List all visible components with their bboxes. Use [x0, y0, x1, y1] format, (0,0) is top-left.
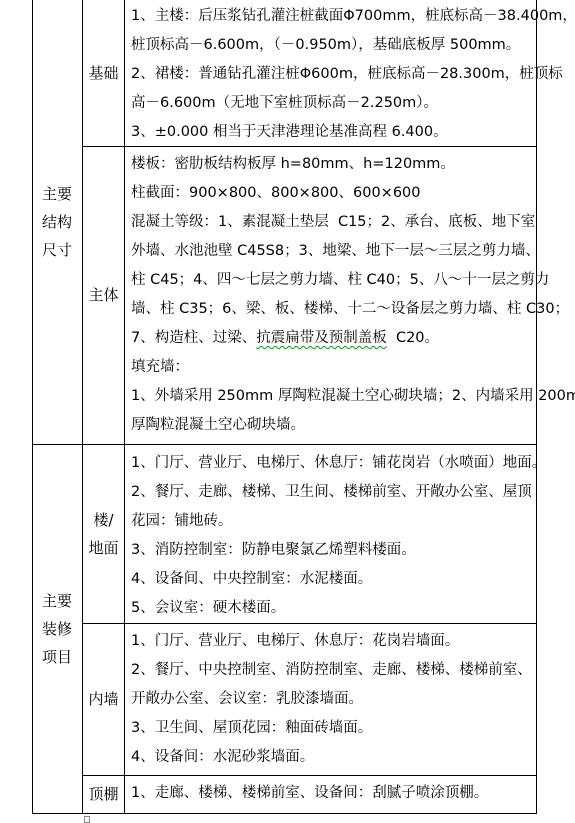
row-label-text: 主体 — [88, 281, 118, 309]
content-line: 外墙、水池池壁 C45S8；3、地梁、地下一层～三层之剪力墙、 — [131, 237, 535, 266]
cell-ceiling-content[interactable]: 1、走廊、楼梯、楼梯前室、设备间：刮腻子喷涂顶棚。 — [131, 779, 535, 808]
content-line: 柱 C45；4、四～七层之剪力墙、柱 C40；5、八～十一层之剪力 — [131, 266, 535, 295]
grammar-underlined-text: 抗震扁带及预制盖板 — [256, 330, 387, 346]
content-line: 5、会议室：硬木楼面。 — [131, 594, 535, 623]
content-line: 1、门厅、营业厅、电梯厅、休息厅：铺花岗岩（水喷面）地面。 — [131, 449, 535, 478]
group-label-line: 主要 — [42, 180, 72, 208]
group-label-main-structure-dimensions[interactable]: 主要 结构 尺寸 — [33, 0, 81, 444]
group-label-line: 项目 — [42, 643, 72, 671]
content-line: 墙、柱 C35；6、梁、板、楼梯、十二～设备层之剪力墙、柱 C30； — [131, 295, 535, 324]
row-label-ceiling[interactable]: 顶棚 — [83, 775, 124, 813]
table-divider-col2-col3 — [124, 0, 125, 814]
group-label-main-decoration-items[interactable]: 主要 装修 项目 — [33, 444, 81, 813]
content-line: 厚陶粒混凝土空心砌块墙。 — [131, 411, 535, 440]
row-label-text: 内墙 — [88, 685, 118, 713]
content-line: 高－6.600m（无地下室桩顶标高－2.250m）。 — [131, 89, 535, 118]
document-page: 主要 结构 尺寸 主要 装修 项目 基础 主体 楼/ 地面 内墙 顶棚 1、主楼… — [0, 0, 575, 823]
cell-foundation-content[interactable]: 1、主楼：后压浆钻孔灌注桩截面Φ700mm，桩底标高－38.400m， 桩顶标高… — [131, 2, 535, 147]
cell-floor-ground-content[interactable]: 1、门厅、营业厅、电梯厅、休息厅：铺花岗岩（水喷面）地面。 2、餐厅、走廊、楼梯… — [131, 449, 535, 623]
group-label-line: 主要 — [42, 587, 72, 615]
content-line: 2、餐厅、中央控制室、消防控制室、走廊、楼梯、楼梯前室、 — [131, 656, 535, 685]
content-line: 3、±0.000 相当于天津港理论基准高程 6.400。 — [131, 118, 535, 147]
content-line-suffix: C20。 — [387, 330, 439, 346]
content-line: 3、卫生间、屋顶花园：釉面砖墙面。 — [131, 714, 535, 743]
content-line-prefix: 7、构造柱、过梁、 — [131, 330, 256, 346]
content-line: 楼板：密肋板结构板厚 h=80mm、h=120mm。 — [131, 150, 535, 179]
content-line: 1、主楼：后压浆钻孔灌注桩截面Φ700mm，桩底标高－38.400m， — [131, 2, 535, 31]
content-line-with-grammar-mark: 7、构造柱、过梁、抗震扁带及预制盖板 C20。 — [131, 324, 535, 353]
content-line: 桩顶标高－6.600m，（－0.950m），基础底板厚 500mm。 — [131, 31, 535, 60]
content-line: 填充墙： — [131, 353, 535, 382]
row-divider-innerwall-ceiling — [82, 775, 537, 776]
content-line: 1、外墙采用 250mm 厚陶粒混凝土空心砌块墙；2、内墙采用 200mm — [131, 382, 535, 411]
group-label-line: 装修 — [42, 615, 72, 643]
row-label-text: 基础 — [88, 59, 118, 87]
row-label-floor-ground[interactable]: 楼/ 地面 — [83, 444, 124, 623]
content-line: 柱截面：900×800、800×800、600×600 — [131, 179, 535, 208]
row-divider-floor-innerwall — [82, 623, 537, 624]
content-line: 4、设备间：水泥砂浆墙面。 — [131, 743, 535, 772]
group-label-line: 结构 — [42, 208, 72, 236]
content-line: 4、设备间、中央控制室：水泥楼面。 — [131, 565, 535, 594]
content-line: 3、消防控制室：防静电聚氯乙烯塑料楼面。 — [131, 536, 535, 565]
content-line: 花园：铺地砖。 — [131, 507, 535, 536]
cell-inner-wall-content[interactable]: 1、门厅、营业厅、电梯厅、休息厅：花岗岩墙面。 2、餐厅、中央控制室、消防控制室… — [131, 627, 535, 772]
row-label-inner-wall[interactable]: 内墙 — [83, 623, 124, 775]
content-line: 2、裙楼：普通钻孔灌注桩Φ600m，桩底标高－28.300m，桩顶标 — [131, 60, 535, 89]
content-line: 混凝土等级：1、素混凝土垫层 C15；2、承台、底板、地下室 — [131, 208, 535, 237]
group-label-line: 尺寸 — [42, 236, 72, 264]
table-border-right — [536, 0, 537, 814]
content-line: 2、餐厅、走廊、楼梯、卫生间、楼梯前室、开敞办公室、屋顶 — [131, 478, 535, 507]
content-line: 开敞办公室、会议室：乳胶漆墙面。 — [131, 685, 535, 714]
cell-main-body-content[interactable]: 楼板：密肋板结构板厚 h=80mm、h=120mm。 柱截面：900×800、8… — [131, 150, 535, 440]
paragraph-mark-icon — [84, 816, 90, 823]
content-line: 1、走廊、楼梯、楼梯前室、设备间：刮腻子喷涂顶棚。 — [131, 779, 535, 808]
row-label-main-body[interactable]: 主体 — [83, 146, 124, 444]
row-label-text: 楼/ — [93, 506, 113, 534]
table-border-bottom — [32, 813, 537, 814]
row-label-text: 顶棚 — [88, 780, 118, 808]
row-label-foundation[interactable]: 基础 — [83, 0, 124, 146]
content-line: 1、门厅、营业厅、电梯厅、休息厅：花岗岩墙面。 — [131, 627, 535, 656]
row-label-text: 地面 — [88, 534, 118, 562]
